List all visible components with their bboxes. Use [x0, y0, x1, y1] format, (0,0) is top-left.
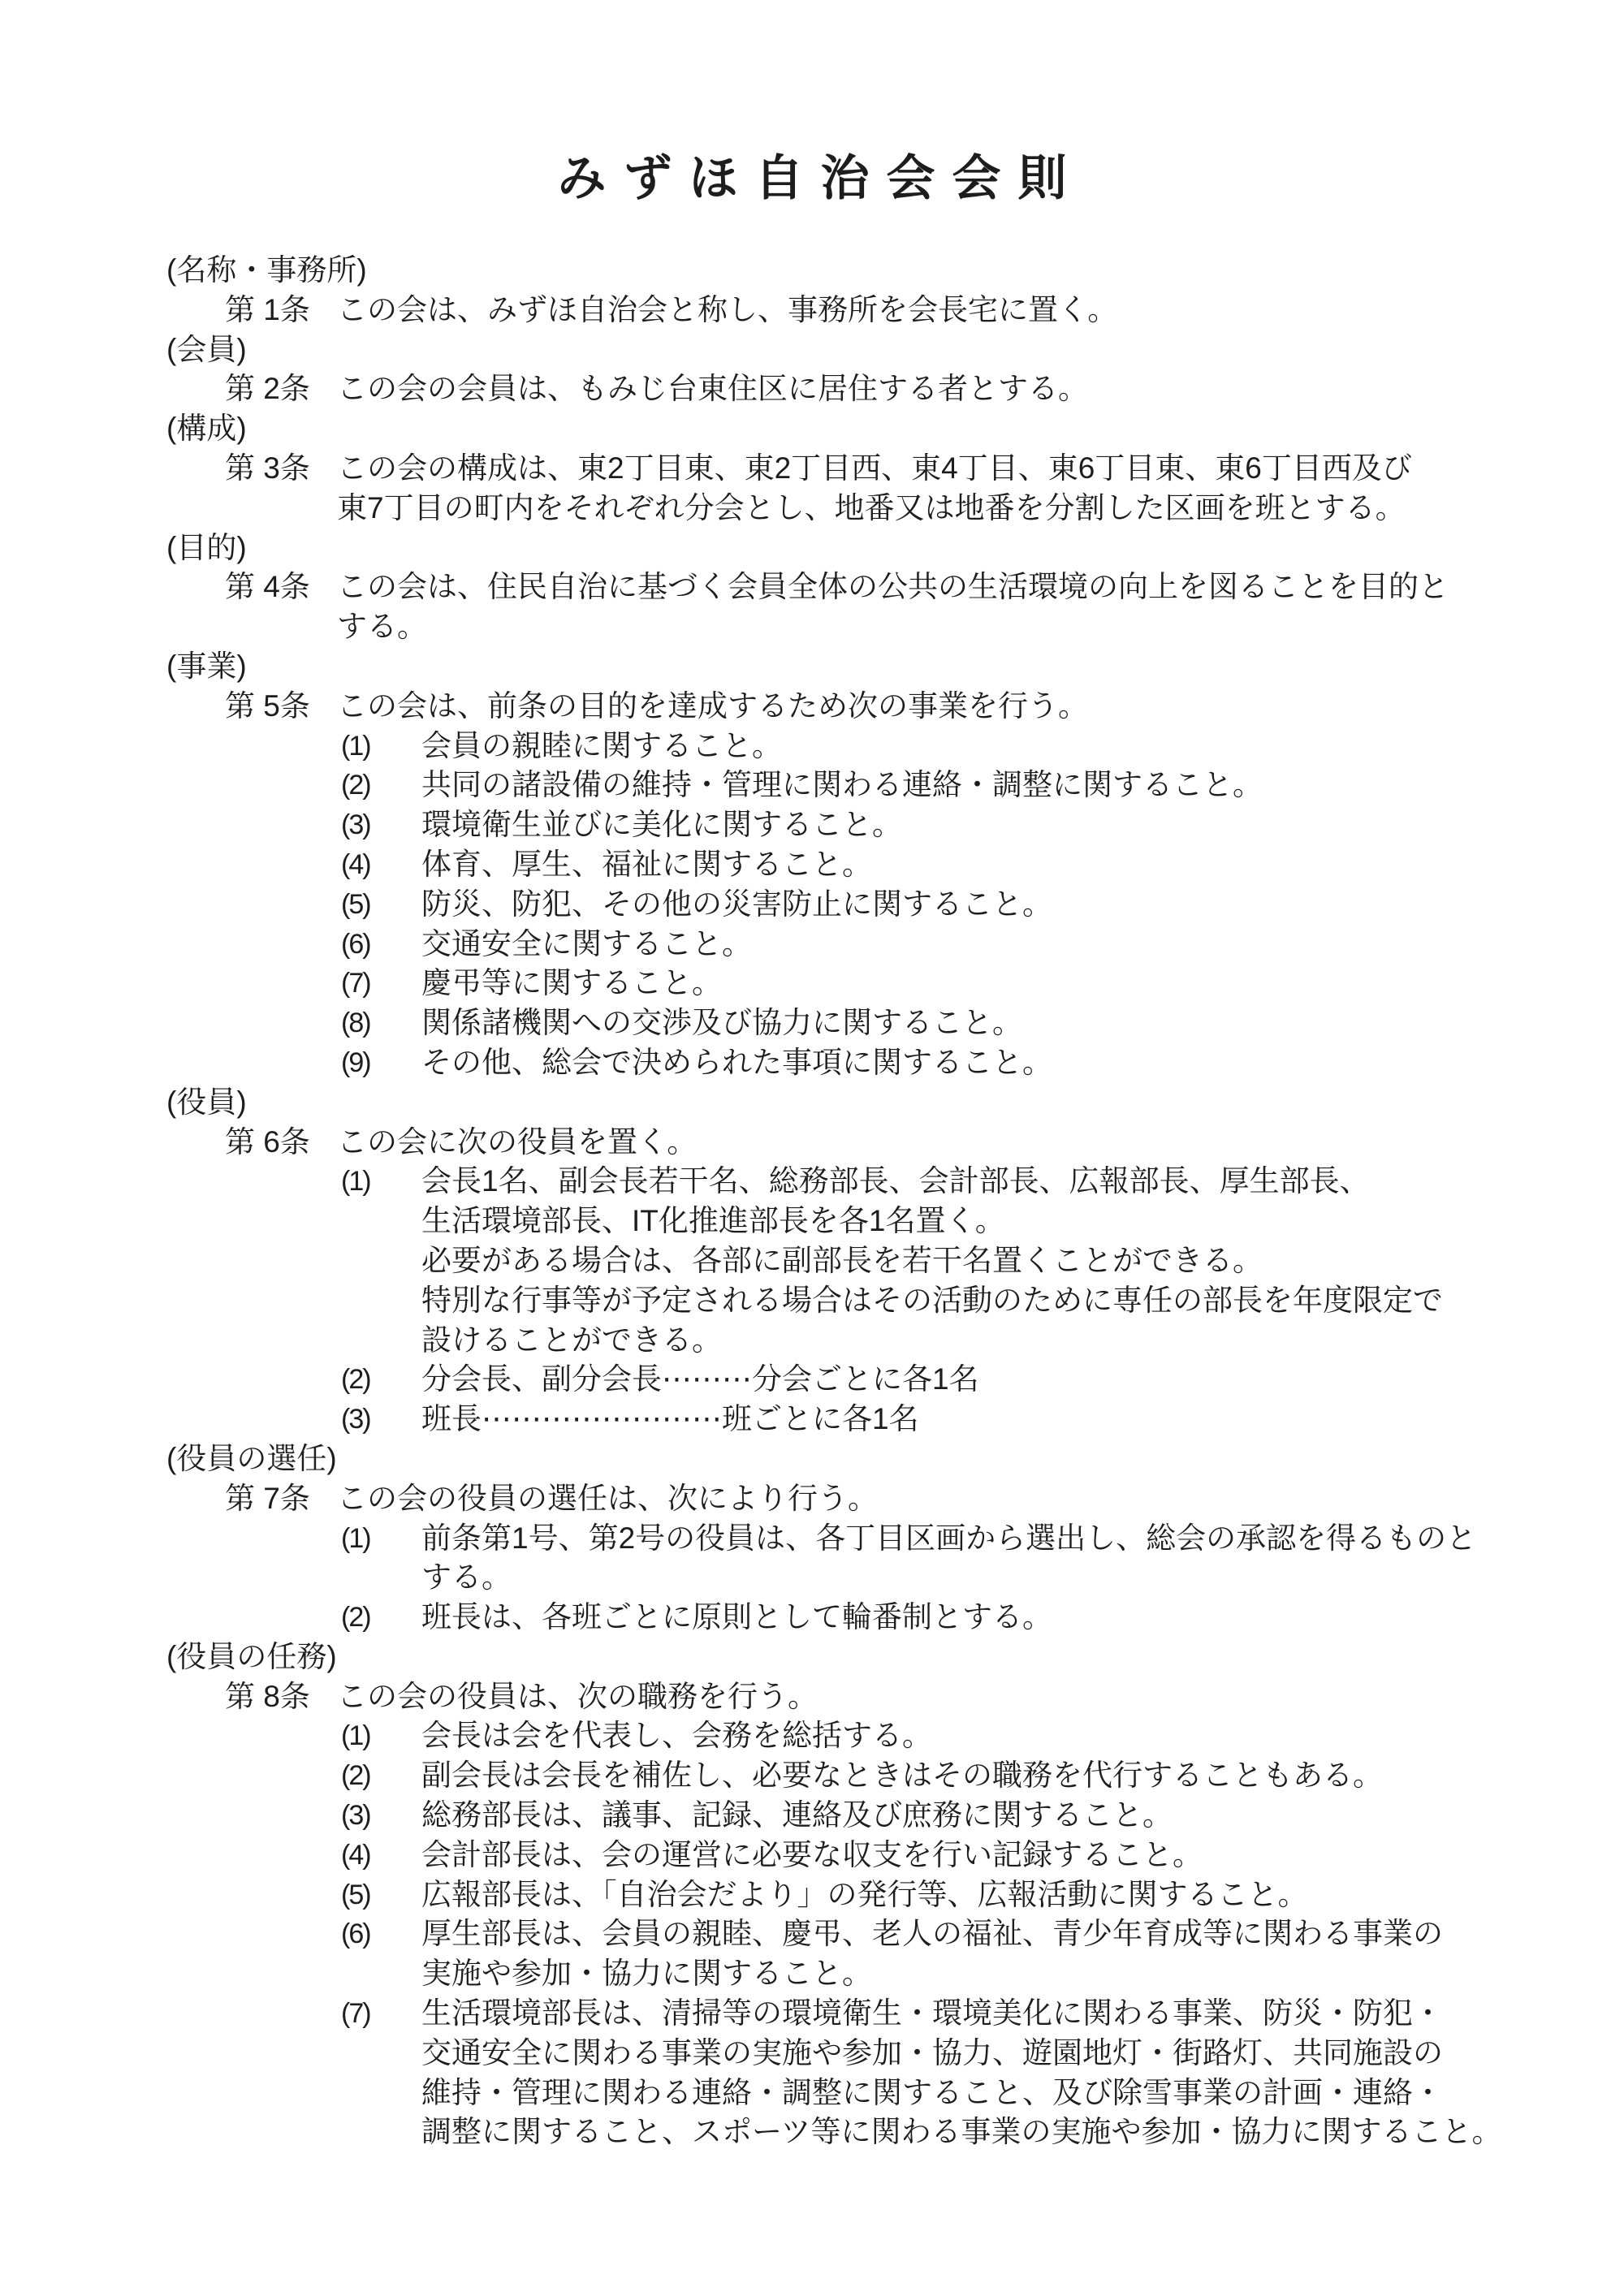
item-number: (5) [341, 885, 370, 925]
item-number: (8) [341, 1003, 370, 1043]
article-number: 第 2条 [225, 369, 310, 409]
item-line: (3)環境衛生並びに美化に関すること。 [0, 805, 1624, 845]
line-text: 会計部長は、会の運営に必要な収支を行い記録すること。 [421, 1838, 1203, 1871]
line-text: (会員) [166, 333, 247, 366]
line-text: する。 [337, 610, 427, 643]
article-line: 第 6条この会に次の役員を置く。 [0, 1123, 1624, 1163]
item-number: (1) [341, 1716, 370, 1756]
line-text: (役員の任務) [166, 1640, 337, 1673]
line-text: 交通安全に関すること。 [421, 927, 752, 960]
line-text: (役員の選任) [166, 1442, 337, 1475]
item-number: (4) [341, 1836, 370, 1875]
continuation-line: 実施や参加・協力に関すること。 [0, 1954, 1624, 1994]
item-line: (1)会長は会を代表し、会務を総括する。 [0, 1716, 1624, 1756]
article-number: 第 1条 [225, 291, 310, 330]
line-text: 会長1名、副会長若干名、総務部長、会計部長、広報部長、厚生部長、 [421, 1164, 1370, 1198]
line-text: 維持・管理に関わる連絡・調整に関すること、及び除雪事業の計画・連絡・ [421, 2076, 1443, 2109]
item-line: (2)共同の諸設備の維持・管理に関わる連絡・調整に関すること。 [0, 766, 1624, 805]
item-line: (9)その他、総会で決められた事項に関すること。 [0, 1043, 1624, 1083]
item-line: (4)会計部長は、会の運営に必要な収支を行い記録すること。 [0, 1836, 1624, 1875]
item-number: (7) [341, 1994, 370, 2034]
article-line: 第 4条この会は、住民自治に基づく会員全体の公共の生活環境の向上を図ることを目的… [0, 568, 1624, 607]
item-line: (8)関係諸機関への交渉及び協力に関すること。 [0, 1003, 1624, 1043]
line-text: (構成) [166, 412, 247, 445]
section-heading: (名称・事務所) [0, 251, 1624, 291]
continuation-line: 特別な行事等が予定される場合はその活動のために専任の部長を年度限定で [0, 1281, 1624, 1321]
line-text: する。 [421, 1560, 512, 1594]
article-line: 第 1条この会は、みずほ自治会と称し、事務所を会長宅に置く。 [0, 291, 1624, 330]
line-text: 班長⋯⋯⋯⋯⋯⋯⋯⋯班ごとに各1名 [421, 1402, 919, 1435]
section-heading: (会員) [0, 330, 1624, 370]
document-page: みずほ自治会会則 (名称・事務所)第 1条この会は、みずほ自治会と称し、事務所を… [0, 0, 1624, 2296]
line-text: 関係諸機関への交渉及び協力に関すること。 [421, 1006, 1022, 1039]
line-text: (事業) [166, 650, 247, 683]
item-number: (2) [341, 1598, 370, 1638]
article-number: 第 4条 [225, 568, 310, 607]
item-number: (1) [341, 1162, 370, 1202]
line-text: この会の会員は、もみじ台東住区に居住する者とする。 [337, 372, 1088, 405]
line-text: 共同の諸設備の維持・管理に関わる連絡・調整に関すること。 [421, 768, 1263, 801]
item-line: (1)前条第1号、第2号の役員は、各丁目区画から選出し、総会の承認を得るものと [0, 1519, 1624, 1559]
article-line: 第 8条この会の役員は、次の職務を行う。 [0, 1677, 1624, 1717]
article-line: 第 3条この会の構成は、東2丁目東、東2丁目西、東4丁目、東6丁目東、東6丁目西… [0, 449, 1624, 489]
article-number: 第 7条 [225, 1479, 310, 1519]
article-line: 第 7条この会の役員の選任は、次により行う。 [0, 1479, 1624, 1519]
item-line: (5)広報部長は、「自治会だより」の発行等、広報活動に関すること。 [0, 1875, 1624, 1915]
line-text: 生活環境部長、IT化推進部長を各1名置く。 [421, 1204, 1005, 1237]
line-text: 環境衛生並びに美化に関すること。 [421, 808, 902, 841]
section-heading: (役員の選任) [0, 1439, 1624, 1479]
item-line: (1)会長1名、副会長若干名、総務部長、会計部長、広報部長、厚生部長、 [0, 1162, 1624, 1202]
article-number: 第 5条 [225, 687, 310, 727]
item-line: (7)生活環境部長は、清掃等の環境衛生・環境美化に関わる事業、防災・防犯・ [0, 1994, 1624, 2034]
article-number: 第 6条 [225, 1123, 310, 1163]
line-text: 総務部長は、議事、記録、連絡及び庶務に関すること。 [421, 1798, 1173, 1832]
item-line: (1)会員の親睦に関すること。 [0, 727, 1624, 766]
line-text: 副会長は会長を補佐し、必要なときはその職務を代行することもある。 [421, 1759, 1383, 1792]
item-line: (3)班長⋯⋯⋯⋯⋯⋯⋯⋯班ごとに各1名 [0, 1400, 1624, 1439]
line-text: (目的) [166, 531, 247, 564]
article-line: 第 5条この会は、前条の目的を達成するため次の事業を行う。 [0, 687, 1624, 727]
item-number: (3) [341, 805, 370, 845]
continuation-line: 調整に関すること、スポーツ等に関わる事業の実施や参加・協力に関すること。 [0, 2113, 1624, 2152]
line-text: 必要がある場合は、各部に副部長を若干名置くことができる。 [421, 1244, 1263, 1277]
continuation-line: 設けることができる。 [0, 1321, 1624, 1361]
item-line: (6)交通安全に関すること。 [0, 925, 1624, 965]
line-text: 設けることができる。 [421, 1323, 722, 1357]
item-number: (7) [341, 964, 370, 1003]
continuation-line: 必要がある場合は、各部に副部長を若干名置くことができる。 [0, 1241, 1624, 1281]
item-number: (3) [341, 1400, 370, 1439]
item-line: (6)厚生部長は、会員の親睦、慶弔、老人の福祉、青少年育成等に関わる事業の [0, 1914, 1624, 1954]
item-number: (1) [341, 1519, 370, 1559]
continuation-line: する。 [0, 607, 1624, 647]
continuation-line: する。 [0, 1558, 1624, 1598]
item-number: (9) [341, 1043, 370, 1083]
item-number: (2) [341, 766, 370, 805]
item-line: (4)体育、厚生、福祉に関すること。 [0, 845, 1624, 885]
line-text: この会の役員の選任は、次により行う。 [337, 1482, 878, 1515]
line-text: この会は、住民自治に基づく会員全体の公共の生活環境の向上を図ることを目的と [337, 570, 1449, 603]
line-text: 生活環境部長は、清掃等の環境衛生・環境美化に関わる事業、防災・防犯・ [421, 1996, 1443, 2030]
item-line: (2)分会長、副分会長⋯⋯⋯分会ごとに各1名 [0, 1360, 1624, 1400]
item-line: (2)副会長は会長を補佐し、必要なときはその職務を代行することもある。 [0, 1756, 1624, 1796]
item-number: (1) [341, 727, 370, 766]
section-heading: (事業) [0, 647, 1624, 687]
item-line: (3)総務部長は、議事、記録、連絡及び庶務に関すること。 [0, 1796, 1624, 1836]
continuation-line: 交通安全に関わる事業の実施や参加・協力、遊園地灯・街路灯、共同施設の [0, 2034, 1624, 2074]
article-number: 第 8条 [225, 1677, 310, 1717]
continuation-line: 生活環境部長、IT化推進部長を各1名置く。 [0, 1202, 1624, 1241]
line-text: 厚生部長は、会員の親睦、慶弔、老人の福祉、青少年育成等に関わる事業の [421, 1917, 1443, 1950]
line-text: 特別な行事等が予定される場合はその活動のために専任の部長を年度限定で [421, 1284, 1443, 1317]
item-line: (5)防災、防犯、その他の災害防止に関すること。 [0, 885, 1624, 925]
item-number: (6) [341, 1914, 370, 1954]
document-title: みずほ自治会会則 [0, 0, 1624, 205]
item-number: (3) [341, 1796, 370, 1836]
item-number: (5) [341, 1875, 370, 1915]
line-text: 防災、防犯、その他の災害防止に関すること。 [421, 887, 1052, 921]
section-heading: (役員) [0, 1083, 1624, 1123]
line-text: 慶弔等に関すること。 [421, 966, 722, 999]
section-heading: (構成) [0, 409, 1624, 449]
line-text: 交通安全に関わる事業の実施や参加・協力、遊園地灯・街路灯、共同施設の [421, 2036, 1443, 2069]
line-text: 広報部長は、「自治会だより」の発行等、広報活動に関すること。 [421, 1878, 1308, 1911]
item-line: (2)班長は、各班ごとに原則として輪番制とする。 [0, 1598, 1624, 1638]
item-number: (4) [341, 845, 370, 885]
line-text: 実施や参加・協力に関すること。 [421, 1957, 872, 1990]
continuation-line: 東7丁目の町内をそれぞれ分会とし、地番又は地番を分割した区画を班とする。 [0, 489, 1624, 529]
line-text: 東7丁目の町内をそれぞれ分会とし、地番又は地番を分割した区画を班とする。 [337, 491, 1406, 524]
line-text: この会の構成は、東2丁目東、東2丁目西、東4丁目、東6丁目東、東6丁目西及び [337, 451, 1412, 485]
section-heading: (役員の任務) [0, 1638, 1624, 1677]
line-text: 会員の親睦に関すること。 [421, 729, 782, 762]
continuation-line: 維持・管理に関わる連絡・調整に関すること、及び除雪事業の計画・連絡・ [0, 2074, 1624, 2113]
line-text: 前条第1号、第2号の役員は、各丁目区画から選出し、総会の承認を得るものと [421, 1521, 1476, 1555]
line-text: この会の役員は、次の職務を行う。 [337, 1680, 818, 1713]
item-number: (2) [341, 1360, 370, 1400]
line-text: この会は、前条の目的を達成するため次の事業を行う。 [337, 689, 1088, 723]
article-line: 第 2条この会の会員は、もみじ台東住区に居住する者とする。 [0, 369, 1624, 409]
item-number: (2) [341, 1756, 370, 1796]
line-text: この会に次の役員を置く。 [337, 1125, 697, 1159]
line-text: その他、総会で決められた事項に関すること。 [421, 1046, 1052, 1079]
item-line: (7)慶弔等に関すること。 [0, 964, 1624, 1003]
line-text: 会長は会を代表し、会務を総括する。 [421, 1719, 932, 1752]
line-text: 分会長、副分会長⋯⋯⋯分会ごとに各1名 [421, 1362, 979, 1396]
article-number: 第 3条 [225, 449, 310, 489]
item-number: (6) [341, 925, 370, 965]
line-text: 体育、厚生、福祉に関すること。 [421, 848, 872, 881]
line-text: (役員) [166, 1085, 247, 1119]
line-text: この会は、みずほ自治会と称し、事務所を会長宅に置く。 [337, 293, 1117, 326]
line-text: 調整に関すること、スポーツ等に関わる事業の実施や参加・協力に関すること。 [421, 2115, 1502, 2148]
line-text: 班長は、各班ごとに原則として輪番制とする。 [421, 1600, 1052, 1634]
section-heading: (目的) [0, 529, 1624, 568]
document-body: (名称・事務所)第 1条この会は、みずほ自治会と称し、事務所を会長宅に置く。(会… [0, 251, 1624, 2152]
line-text: (名称・事務所) [166, 253, 367, 287]
